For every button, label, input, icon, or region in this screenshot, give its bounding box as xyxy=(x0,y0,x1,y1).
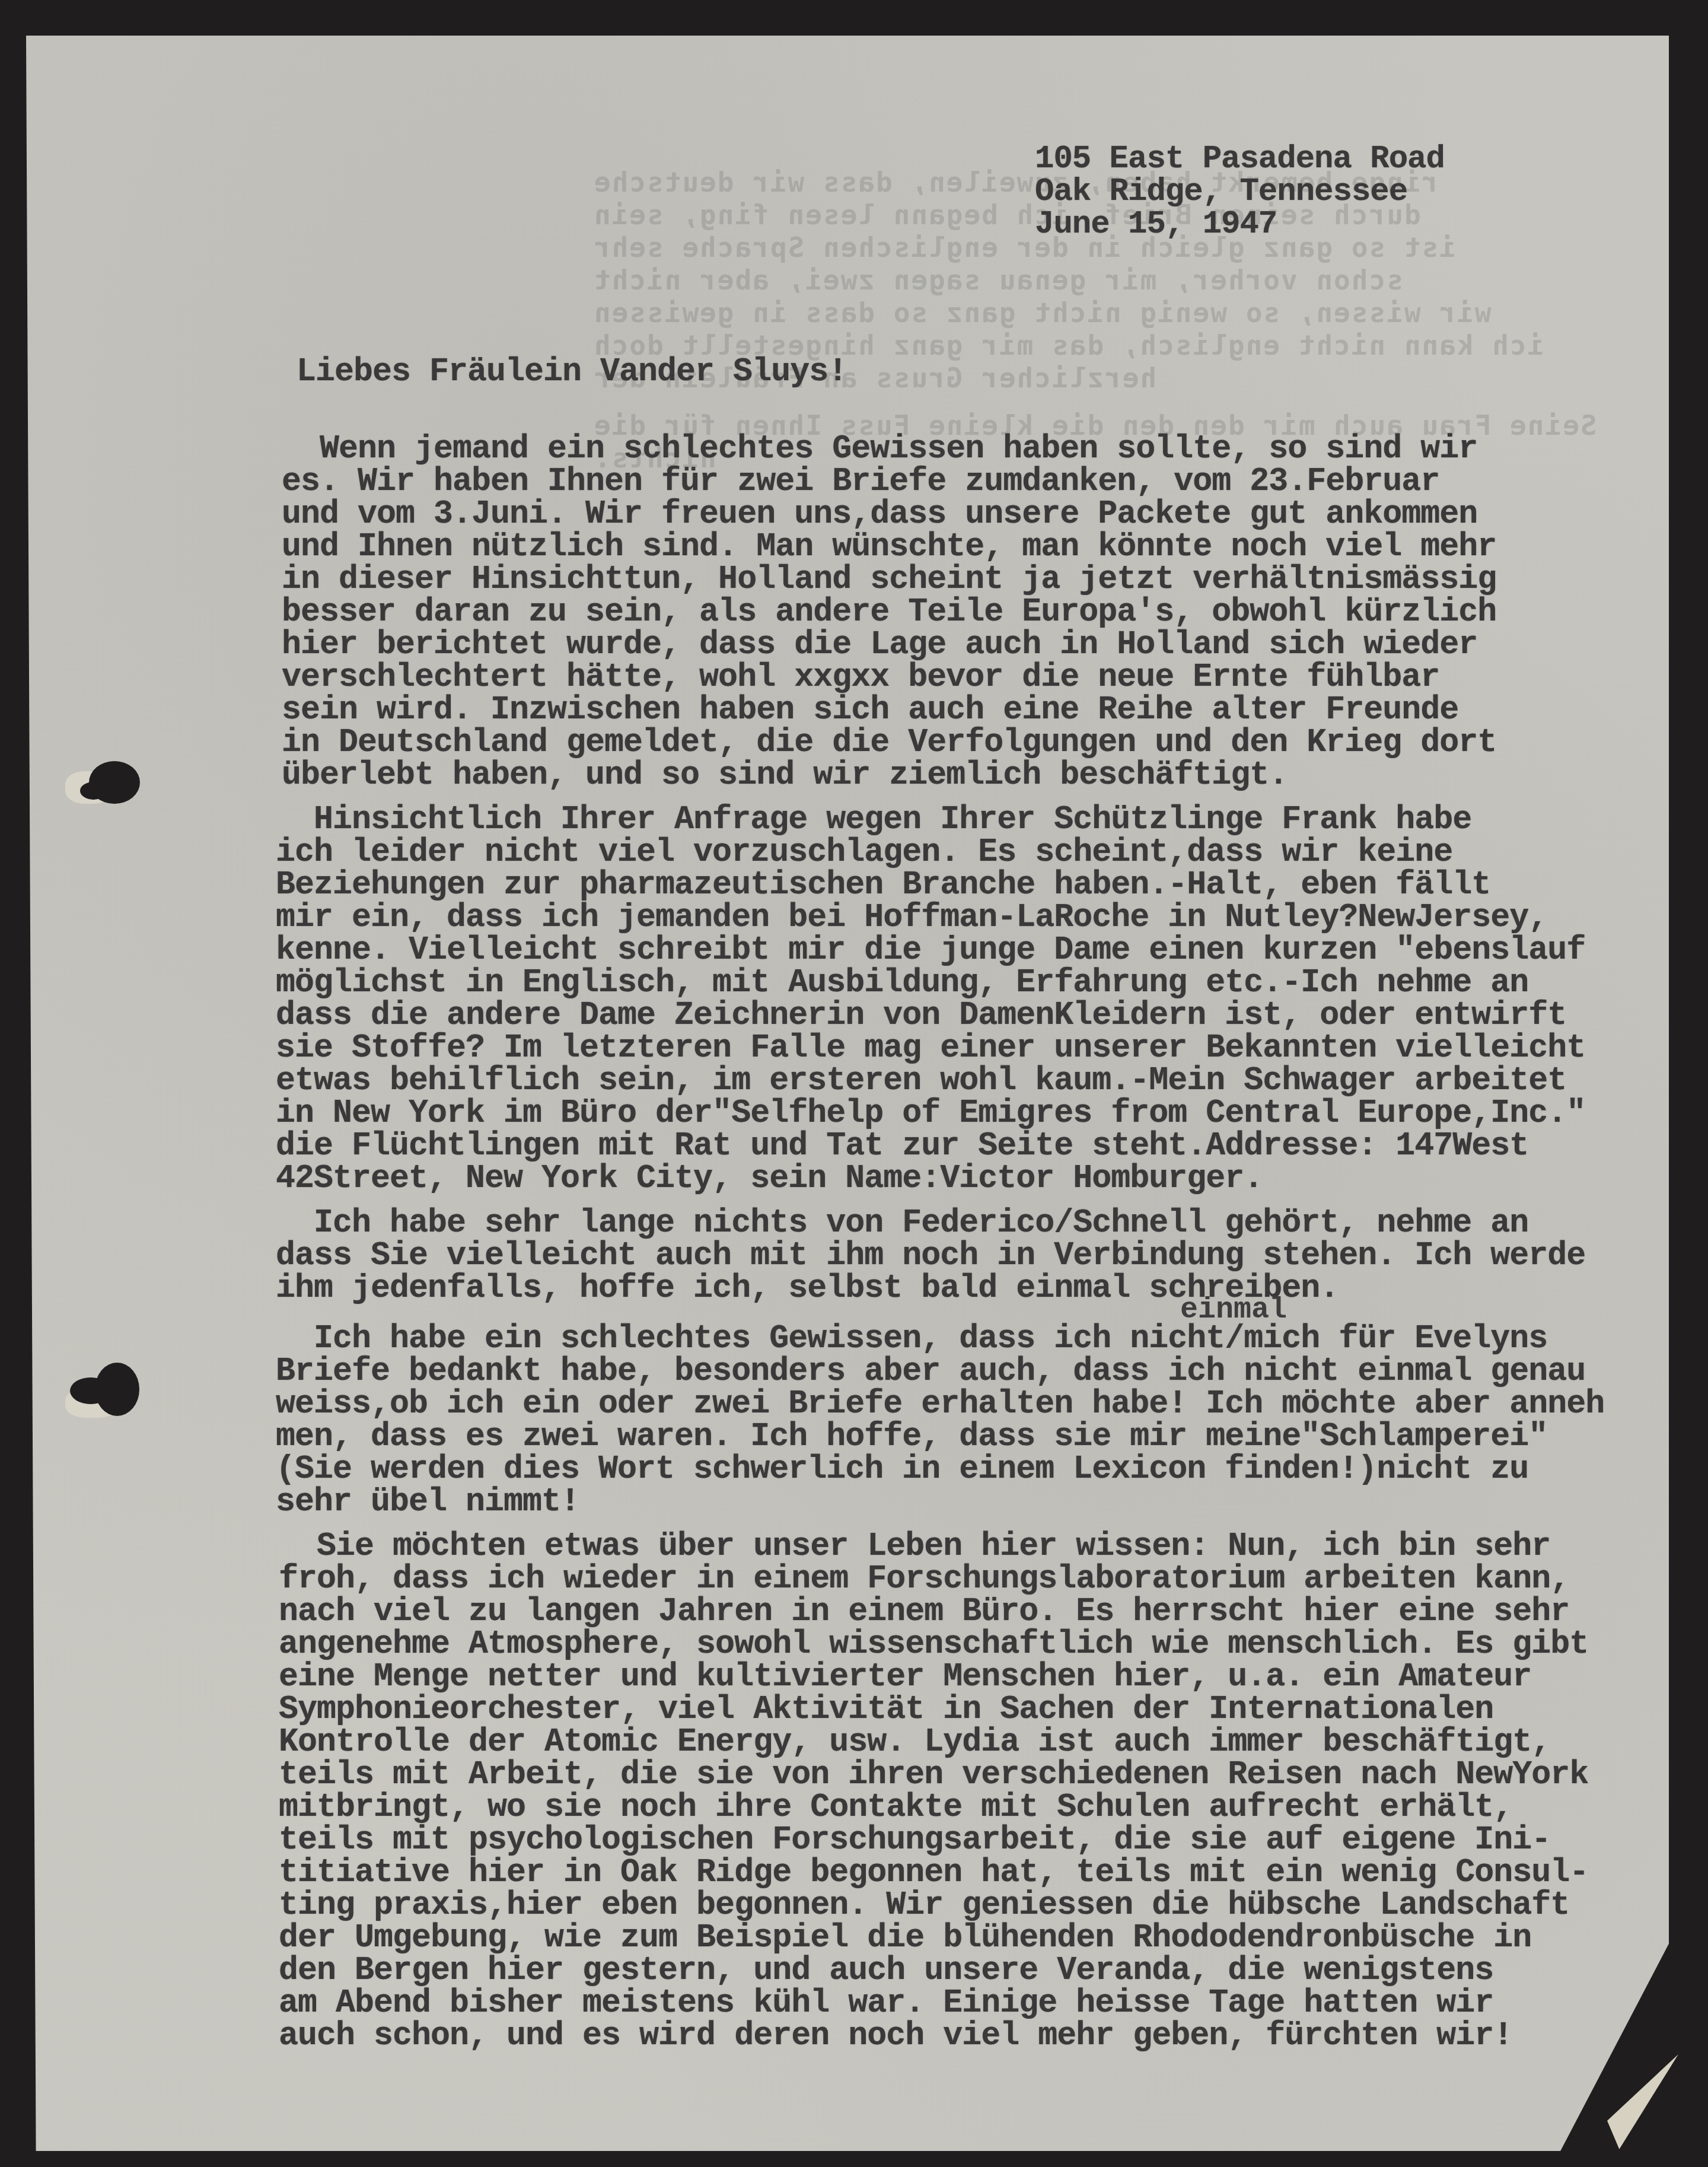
text-line: mitbringt, wo sie noch ihre Contakte mit… xyxy=(279,1789,1512,1826)
text-line: Ich habe sehr lange nichts von Federico/… xyxy=(276,1204,1528,1242)
sender-address-line2: Oak Ridge, Tennessee xyxy=(1035,174,1407,210)
text-line: Kontrolle der Atomic Energy, usw. Lydia … xyxy=(279,1723,1550,1761)
text-line: (Sie werden dies Wort schwerlich in eine… xyxy=(276,1450,1528,1488)
text-line: angenehme Atmosphere, sowohl wissenschaf… xyxy=(279,1625,1588,1663)
text-line: Sie möchten etwas über unser Leben hier … xyxy=(279,1528,1550,1565)
text-line: in New York im Büro der"Selfhelp of Emig… xyxy=(276,1094,1585,1132)
text-line: 42Street, New York City, sein Name:Victo… xyxy=(276,1160,1263,1197)
punch-hole-bottom-tail xyxy=(70,1377,111,1404)
text-line: titiative hier in Oak Ridge begonnen hat… xyxy=(279,1854,1588,1891)
text-line: sie Stoffe? Im letzteren Falle mag einer… xyxy=(276,1029,1585,1067)
text-line: die Flüchtlingen mit Rat und Tat zur Sei… xyxy=(276,1127,1528,1164)
salutation: Liebes Fräulein Vander Sluys! xyxy=(297,353,847,390)
text-line: der Umgebung, wie zum Beispiel die blühe… xyxy=(279,1919,1531,1956)
text-line: auch schon, und es wird deren noch viel … xyxy=(279,2017,1512,2054)
text-line: am Abend bisher meistens kühl war. Einig… xyxy=(279,1984,1493,2022)
text-line: Wenn jemand ein schlechtes Gewissen habe… xyxy=(282,430,1477,467)
text-line: men, dass es zwei waren. Ich hoffe, dass… xyxy=(276,1418,1547,1455)
text-line: es. Wir haben Ihnen für zwei Briefe zumd… xyxy=(282,463,1439,500)
bleed-through-line: wir wissen, so wenig nicht ganz so dass … xyxy=(593,297,1491,329)
text-line: dass die andere Dame Zeichnerin von Dame… xyxy=(276,997,1566,1034)
text-line: teils mit psychologischen Forschungsarbe… xyxy=(279,1821,1550,1859)
text-line: ich leider nicht viel vorzuschlagen. Es … xyxy=(276,833,1452,871)
text-line: Symphonieorchester, viel Aktivität in Sa… xyxy=(279,1691,1493,1728)
bleed-through-line: schon vorher, mir genau sagen zwei, aber… xyxy=(593,264,1403,296)
text-line: Ich habe ein schlechtes Gewissen, dass i… xyxy=(276,1320,1547,1357)
bleed-through-line: ist so ganz gleich in der englischen Spr… xyxy=(593,231,1456,263)
text-line: etwas behilflich sein, im ersteren wohl … xyxy=(276,1062,1566,1099)
text-line: sehr übel nimmt! xyxy=(276,1483,579,1520)
text-line: froh, dass ich wieder in einem Forschung… xyxy=(279,1560,1569,1598)
text-line: teils mit Arbeit, die sie von ihren vers… xyxy=(279,1756,1588,1793)
text-line: möglichst in Englisch, mit Ausbildung, E… xyxy=(276,964,1528,1001)
text-line: weiss,ob ich ein oder zwei Briefe erhalt… xyxy=(276,1385,1604,1423)
text-line: ting praxis,hier eben begonnen. Wir geni… xyxy=(279,1886,1569,1924)
text-line: und vom 3.Juni. Wir freuen uns,dass unse… xyxy=(282,495,1477,533)
text-line: in Deutschland gemeldet, die die Verfolg… xyxy=(282,724,1496,761)
text-line: eine Menge netter und kultivierter Mensc… xyxy=(279,1658,1531,1695)
text-line: hier berichtet wurde, dass die Lage auch… xyxy=(282,626,1477,663)
text-line: Beziehungen zur pharmazeutischen Branche… xyxy=(276,866,1490,903)
text-line: sein wird. Inzwischen haben sich auch ei… xyxy=(282,691,1458,728)
text-line: in dieser Hinsichttun, Holland scheint j… xyxy=(282,561,1496,598)
letter-date: June 15, 1947 xyxy=(1035,206,1277,243)
text-line: verschlechtert hätte, wohl xxgxx bevor d… xyxy=(282,658,1439,696)
text-line: dass Sie vielleicht auch mit ihm noch in… xyxy=(276,1237,1585,1274)
text-line: und Ihnen nützlich sind. Man wünschte, m… xyxy=(282,528,1496,565)
text-line: besser daran zu sein, als andere Teile E… xyxy=(282,593,1496,631)
sender-address-line1: 105 East Pasadena Road xyxy=(1035,141,1445,177)
text-line: überlebt haben, und so sind wir ziemlich… xyxy=(282,756,1288,794)
punch-hole-top-tail xyxy=(80,782,107,800)
text-line: den Bergen hier gestern, und auch unsere… xyxy=(279,1952,1493,1989)
text-line: kenne. Vielleicht schreibt mir die junge… xyxy=(276,931,1585,969)
text-line: Hinsichtlich Ihrer Anfrage wegen Ihrer S… xyxy=(276,801,1471,838)
text-line: ihm jedenfalls, hoffe ich, selbst bald e… xyxy=(276,1269,1339,1307)
folded-corner xyxy=(1607,2054,1678,2149)
text-line: mir ein, dass ich jemanden bei Hoffman-L… xyxy=(276,899,1547,936)
text-line: Briefe bedankt habe, besonders aber auch… xyxy=(276,1353,1585,1390)
text-line: nach viel zu langen Jahren in einem Büro… xyxy=(279,1593,1569,1630)
